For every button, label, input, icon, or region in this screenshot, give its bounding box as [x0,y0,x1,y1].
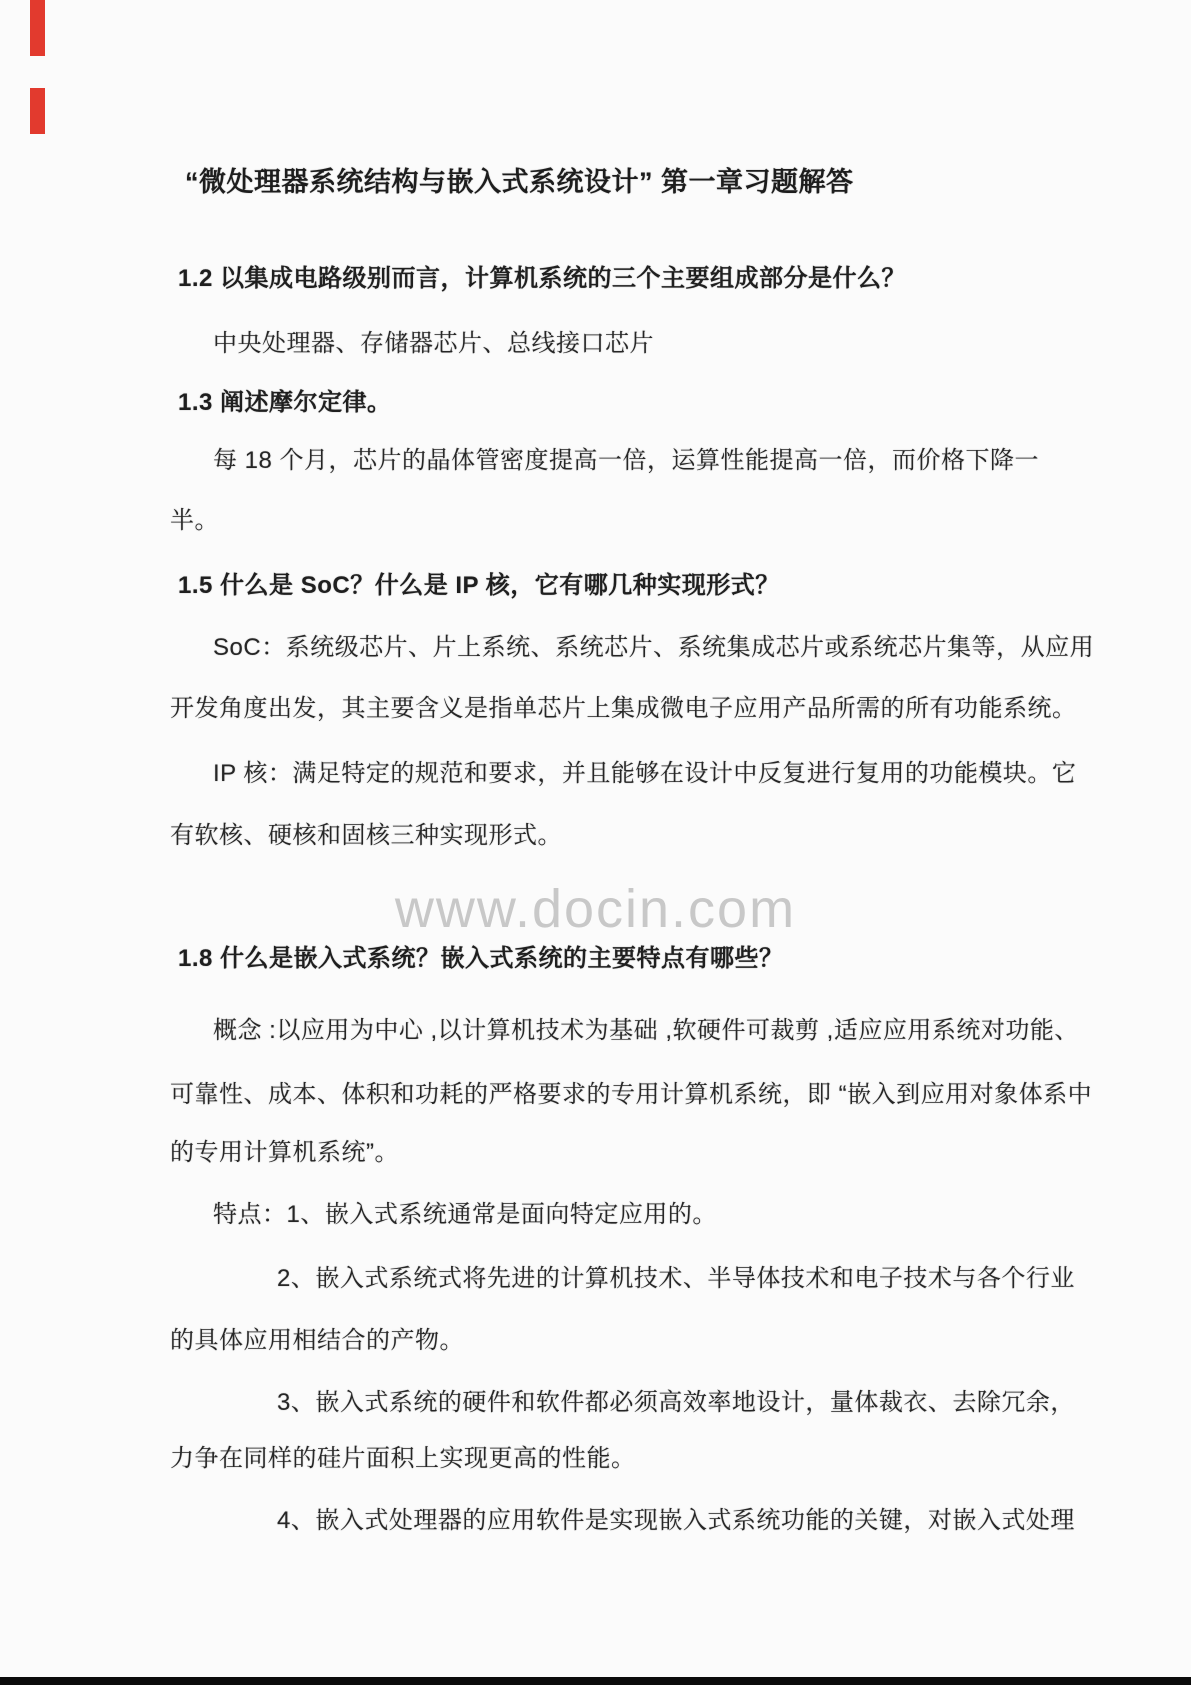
answer-line: 开发角度出发，其主要含义是指单芯片上集成微电子应用产品所需的所有功能系统。 [170,688,1077,723]
answer-line: 力争在同样的硅片面积上实现更高的性能。 [170,1438,636,1473]
answer-line: 的专用计算机系统”。 [170,1132,399,1167]
question-heading-1-3: 1.3 阐述摩尔定律。 [178,382,392,417]
answer-line: 概念 :以应用为中心 ,以计算机技术为基础 ,软硬件可裁剪 ,适应应用系统对功能… [213,1010,1079,1045]
question-heading-1-2: 1.2 以集成电路级别而言，计算机系统的三个主要组成部分是什么？ [178,258,906,293]
answer-line: SoC：系统级芯片、片上系统、系统芯片、系统集成芯片或系统芯片集等，从应用 [213,627,1094,662]
red-pen-mark [30,88,45,134]
answer-line: IP 核：满足特定的规范和要求，并且能够在设计中反复进行复用的功能模块。它 [213,753,1076,788]
question-heading-1-8: 1.8 什么是嵌入式系统？嵌入式系统的主要特点有哪些？ [178,938,784,973]
red-pen-mark [30,0,45,56]
scan-edge-bar [0,1677,1191,1685]
page-title: “微处理器系统结构与嵌入式系统设计” 第一章习题解答 [185,160,854,199]
docin-watermark: www.docin.com [395,878,796,940]
answer-line: 4、嵌入式处理器的应用软件是实现嵌入式系统功能的关键，对嵌入式处理 [277,1500,1075,1535]
answer-line: 3、嵌入式系统的硬件和软件都必须高效率地设计，量体裁衣、去除冗余， [277,1382,1075,1417]
answer-line: 中央处理器、存储器芯片、总线接口芯片 [213,323,654,358]
document-page: “微处理器系统结构与嵌入式系统设计” 第一章习题解答 1.2 以集成电路级别而言… [0,0,1191,1685]
answer-line: 半。 [170,500,219,535]
answer-line: 的具体应用相结合的产物。 [170,1320,464,1355]
answer-line: 特点：1、嵌入式系统通常是面向特定应用的。 [213,1194,717,1229]
answer-line: 2、嵌入式系统式将先进的计算机技术、半导体技术和电子技术与各个行业 [277,1258,1075,1293]
answer-line: 可靠性、成本、体积和功耗的严格要求的专用计算机系统，即 “嵌入到应用对象体系中 [170,1074,1092,1109]
question-heading-1-5: 1.5 什么是 SoC？什么是 IP 核，它有哪几种实现形式？ [178,565,780,600]
answer-line: 有软核、硬核和固核三种实现形式。 [170,815,562,850]
answer-line: 每 18 个月，芯片的晶体管密度提高一倍，运算性能提高一倍，而价格下降一 [213,440,1039,475]
